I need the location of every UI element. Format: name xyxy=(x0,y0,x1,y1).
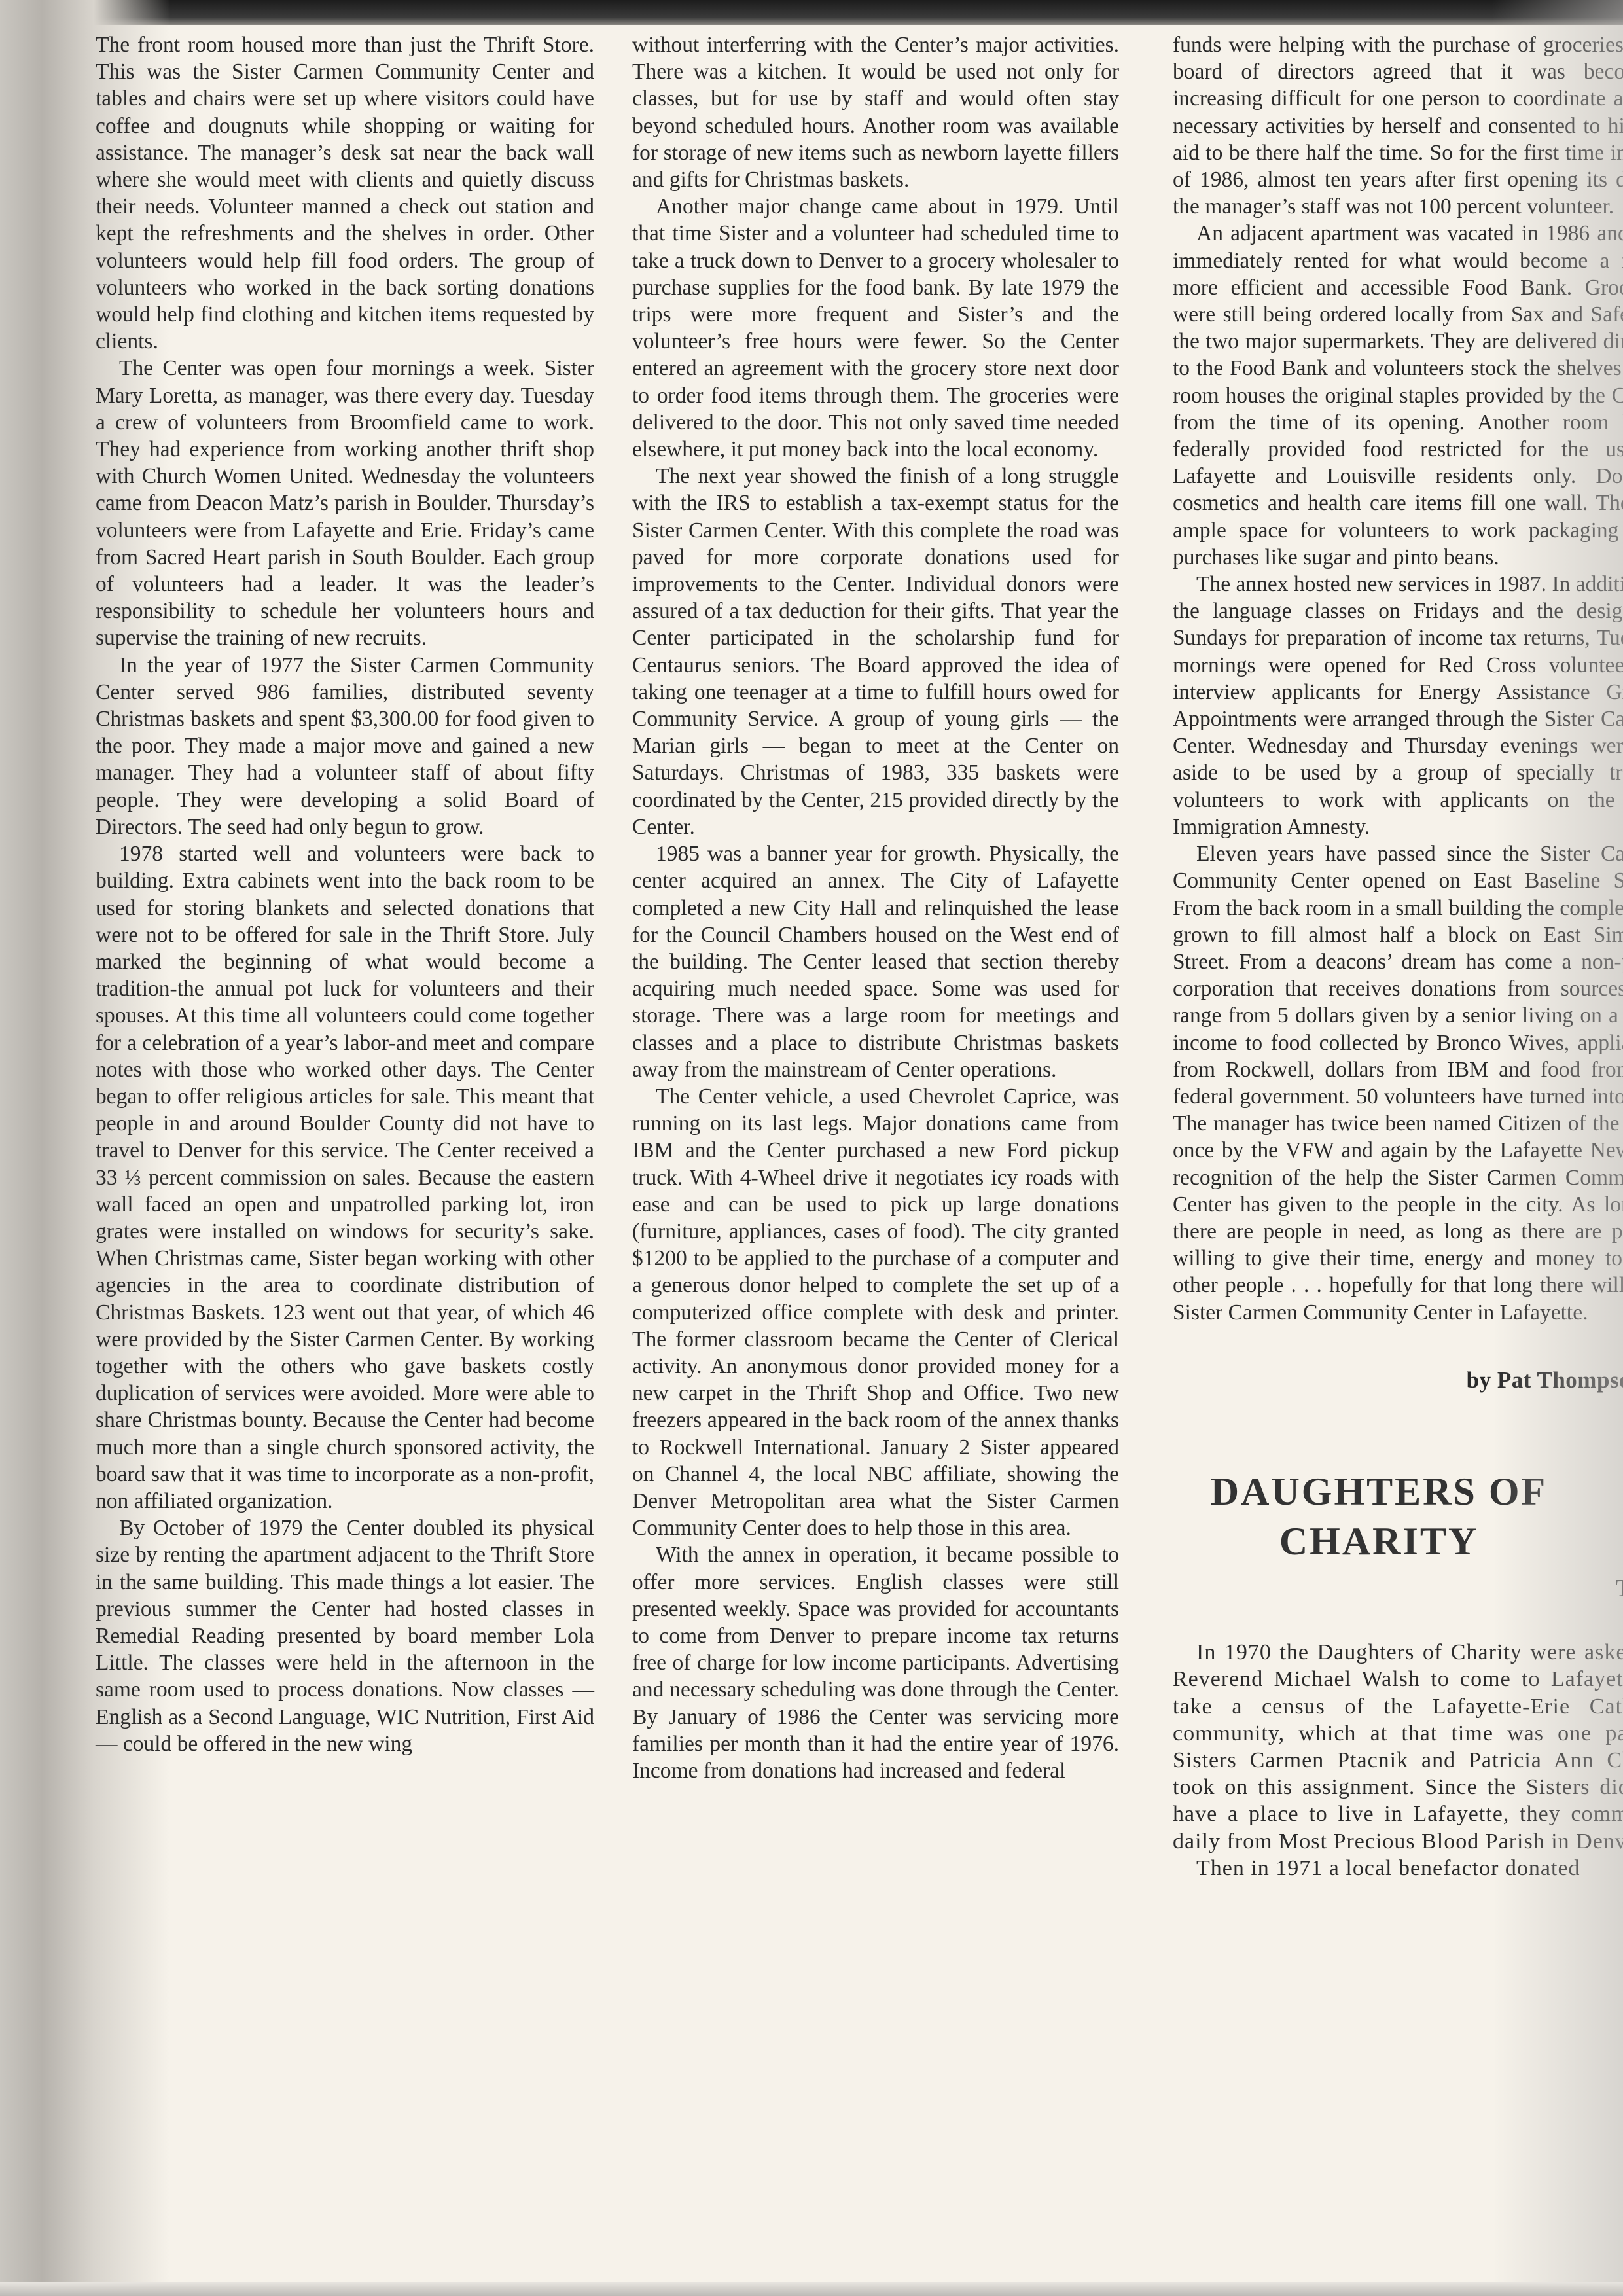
left-column: The front room housed more than just the… xyxy=(96,31,594,1757)
paragraph: The Center was open four mornings a week… xyxy=(96,355,594,651)
paragraph: Another major change came about in 1979.… xyxy=(632,193,1119,463)
paragraph: In the year of 1977 the Sister Carmen Co… xyxy=(96,652,594,840)
paragraph: 1985 was a banner year for growth. Physi… xyxy=(632,840,1119,1083)
paragraph: By October of 1979 the Center doubled it… xyxy=(96,1515,594,1757)
paragraph: The front room housed more than just the… xyxy=(96,31,594,355)
scan-bottom-edge xyxy=(0,2282,1623,2296)
paragraph: With the annex in operation, it became p… xyxy=(632,1541,1119,1784)
paragraph: The next year showed the finish of a lon… xyxy=(632,463,1119,840)
page-curl-shadow xyxy=(1492,0,1623,2296)
paragraph: The Center vehicle, a used Chevrolet Cap… xyxy=(632,1083,1119,1541)
paragraph: 1978 started well and volunteers were ba… xyxy=(96,840,594,1515)
paragraph: without interferring with the Center’s m… xyxy=(632,31,1119,193)
scan-top-edge xyxy=(0,0,1623,25)
middle-column: without interferring with the Center’s m… xyxy=(632,31,1119,1784)
